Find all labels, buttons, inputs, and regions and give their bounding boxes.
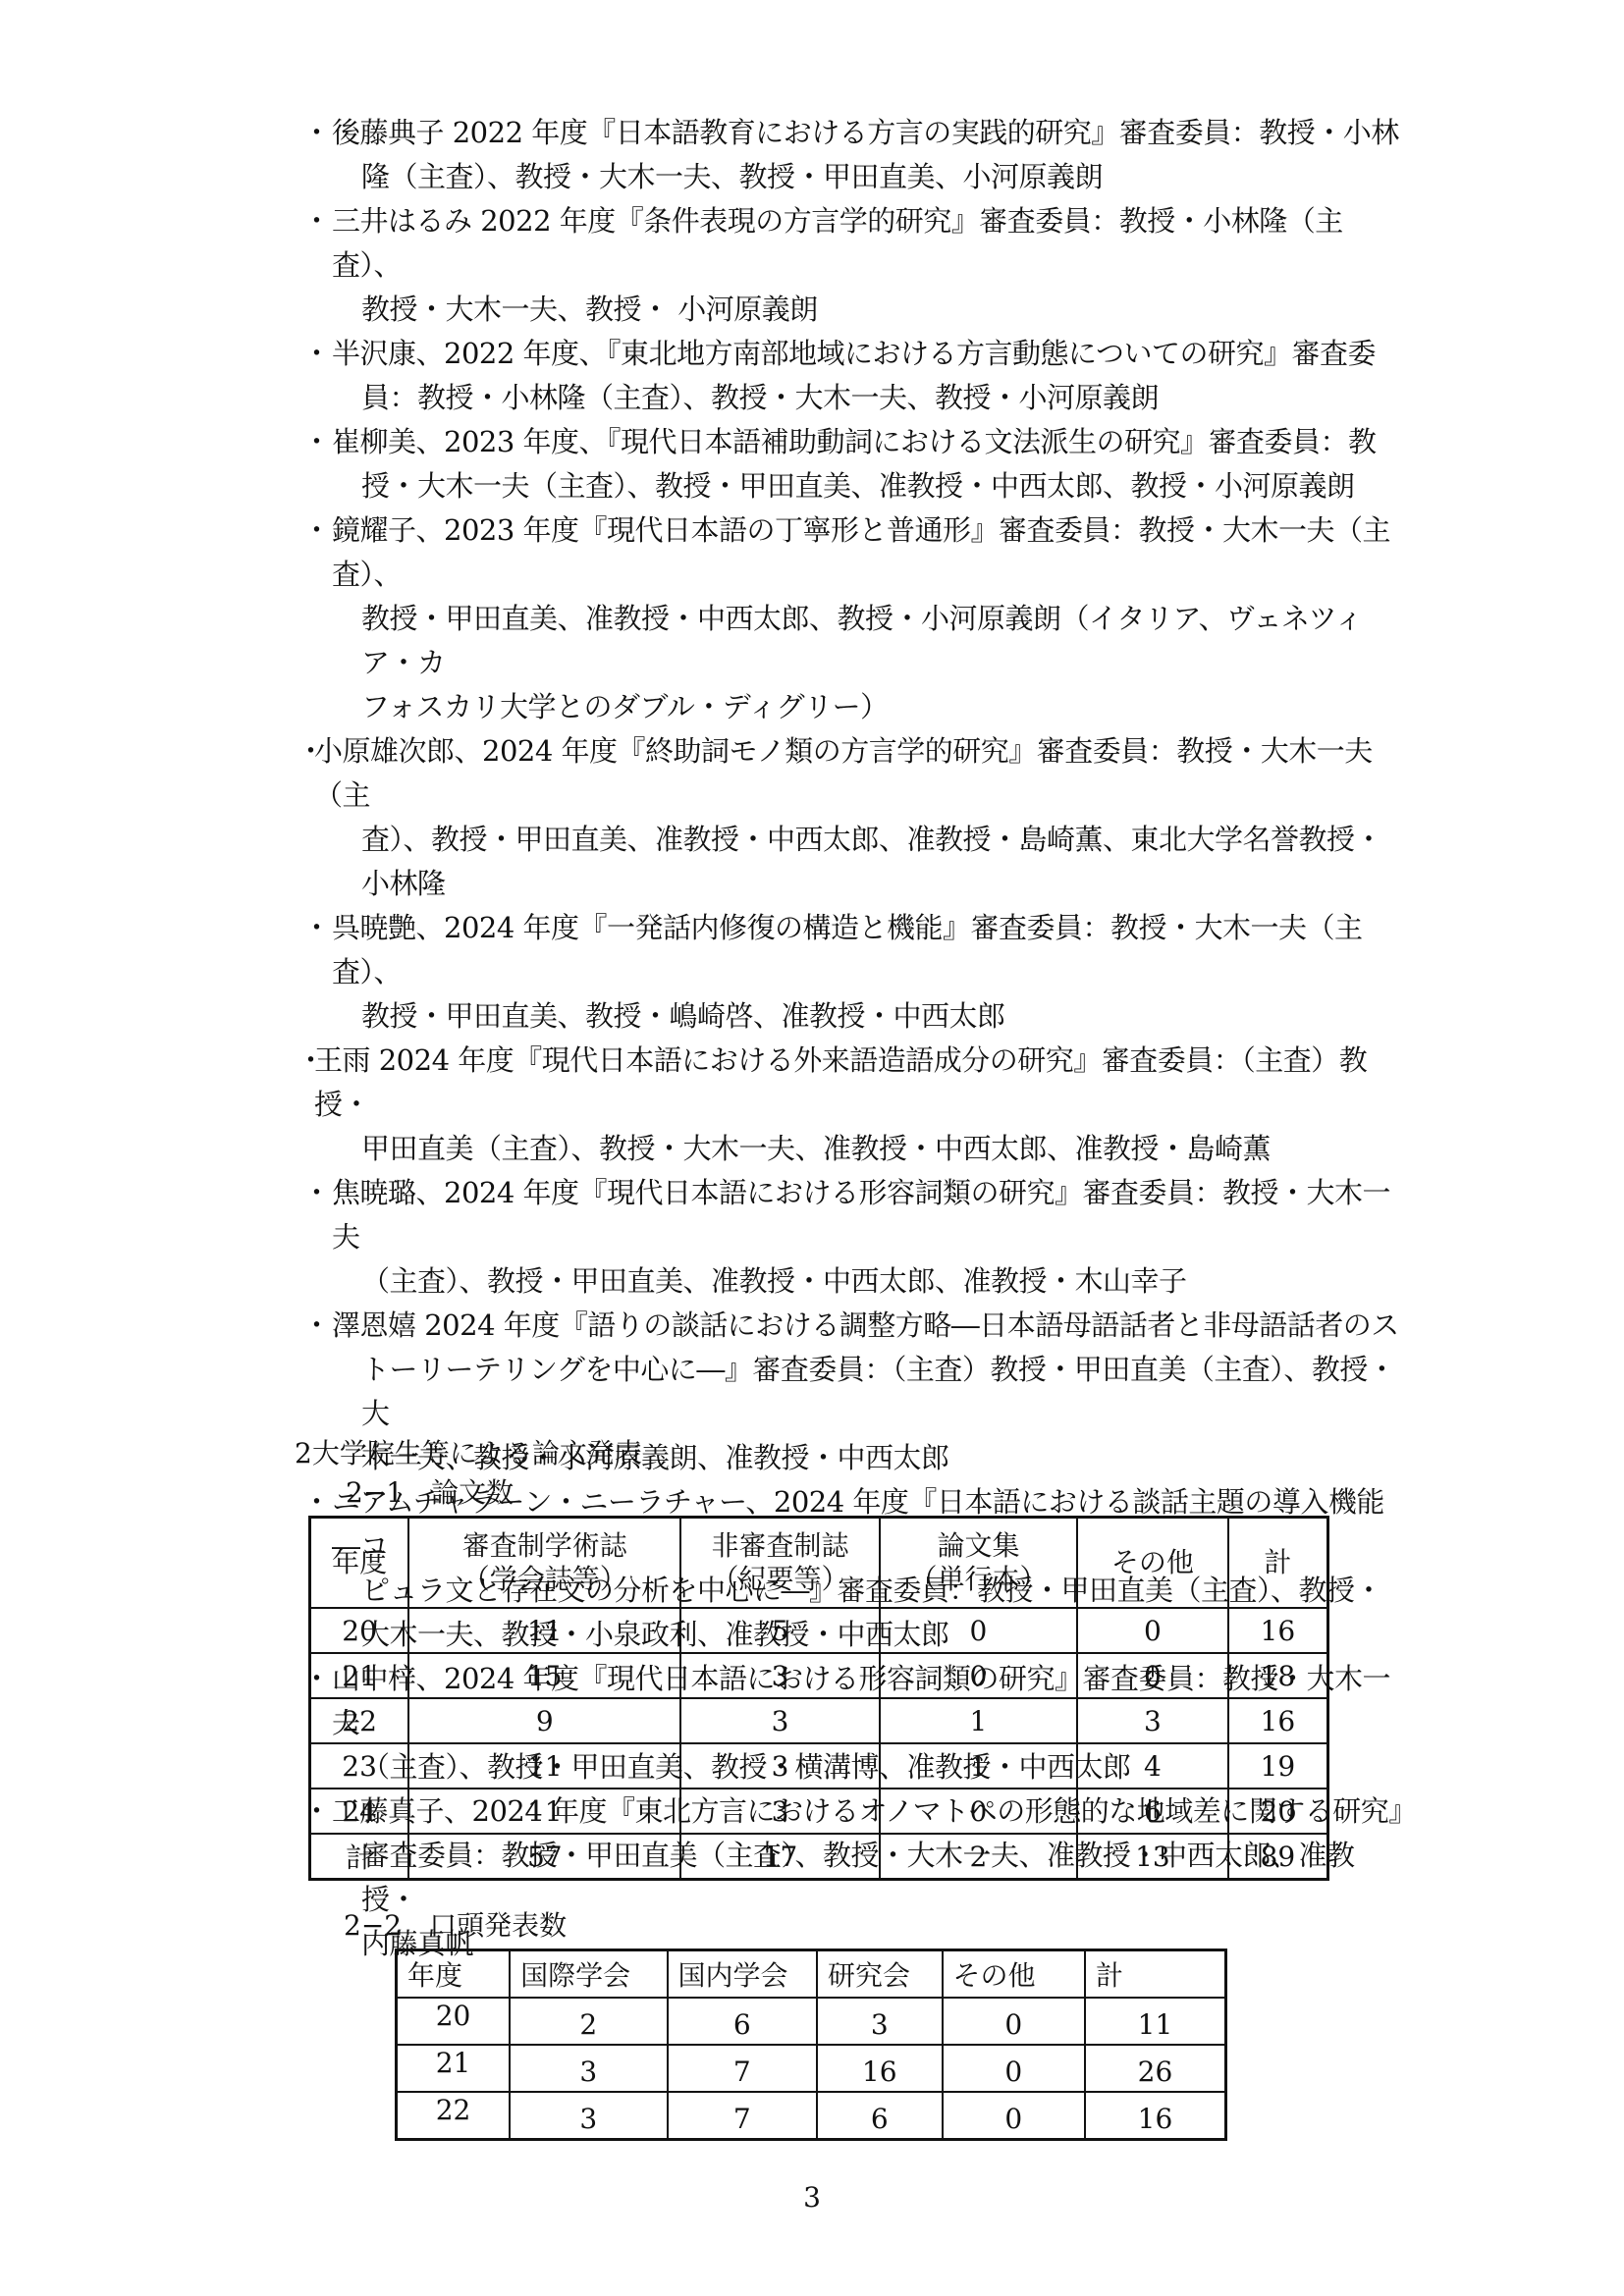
- table-header-row: 年度 国際学会 国内学会 研究会 その他 計: [397, 1950, 1226, 1999]
- value-cell: 1: [880, 1698, 1077, 1743]
- value-cell: 5: [680, 1608, 879, 1653]
- year-cell: 24: [310, 1789, 409, 1834]
- value-cell: 3: [1077, 1698, 1228, 1743]
- header-other: その他: [943, 1950, 1085, 1999]
- value-cell: 6: [668, 1998, 817, 2045]
- entry-text: 後藤典子 2022 年度『日本語教育における方言の実践的研究』審査委員：教授・小…: [332, 111, 1404, 155]
- table-row: 231131419: [310, 1743, 1328, 1789]
- bullet-icon: ・: [302, 420, 322, 464]
- entry-text: 焦暁璐、2024 年度『現代日本語における形容詞類の研究』審査委員：教授・大木一…: [332, 1171, 1404, 1259]
- entry-text-continuation: トーリーテリングを中心に―』審査委員：（主査）教授・甲田直美（主査）、教授・大: [361, 1348, 1404, 1436]
- year-cell: 22: [397, 2092, 511, 2140]
- entry-text: 三井はるみ 2022 年度『条件表現の方言学的研究』審査委員：教授・小林隆（主査…: [332, 199, 1404, 288]
- bullet-icon: ・: [302, 332, 322, 376]
- entry-text: 澤恩嬉 2024 年度『語りの談話における調整方略―日本語母語話者と非母語話者の…: [332, 1304, 1404, 1348]
- table-row: 201150016: [310, 1608, 1328, 1653]
- header-collections: 論文集（単行本）: [880, 1518, 1077, 1609]
- value-cell: 0: [943, 1998, 1085, 2045]
- value-cell: 3: [680, 1653, 879, 1698]
- value-cell: 57: [408, 1834, 680, 1880]
- table-row: 241130620: [310, 1789, 1328, 1834]
- value-cell: 1: [880, 1743, 1077, 1789]
- table-header-row: 年度 審査制学術誌（学会誌等） 非審査制誌（紀要等） 論文集（単行本） その他 …: [310, 1518, 1328, 1609]
- table-row: 22376016: [397, 2092, 1226, 2140]
- value-cell: 11: [1085, 1998, 1226, 2045]
- header-refereed-journals: 審査制学術誌（学会誌等）: [408, 1518, 680, 1609]
- entry-text: 崔柳美、2023 年度、『現代日本語補助動詞における文法派生の研究』審査委員：教: [332, 420, 1404, 464]
- entry-text: 半沢康、2022 年度、『東北地方南部地域における方言動態についての研究』審査委: [332, 332, 1404, 376]
- value-cell: 0: [943, 2045, 1085, 2092]
- value-cell: 16: [1228, 1608, 1328, 1653]
- value-cell: 11: [408, 1743, 680, 1789]
- header-total: 計: [1085, 1950, 1226, 1999]
- value-cell: 19: [1228, 1743, 1328, 1789]
- list-item: ・鏡耀子、2023 年度『現代日本語の丁寧形と普通形』審査委員：教授・大木一夫（…: [295, 508, 1404, 729]
- bullet-icon: ・: [302, 508, 322, 553]
- value-cell: 0: [880, 1653, 1077, 1698]
- list-item: ・半沢康、2022 年度、『東北地方南部地域における方言動態についての研究』審査…: [295, 332, 1404, 420]
- header-non-refereed: 非審査制誌（紀要等）: [680, 1518, 879, 1609]
- header-other: その他: [1077, 1518, 1228, 1609]
- header-domestic: 国内学会: [668, 1950, 817, 1999]
- value-cell: 11: [408, 1789, 680, 1834]
- bullet-icon: ・: [297, 1039, 316, 1083]
- header-year: 年度: [397, 1950, 511, 1999]
- value-cell: 18: [1228, 1653, 1328, 1698]
- value-cell: 3: [510, 2092, 667, 2140]
- value-cell: 7: [668, 2045, 817, 2092]
- value-cell: 0: [880, 1608, 1077, 1653]
- bullet-icon: ・: [302, 1304, 322, 1348]
- table-row: 211530018: [310, 1653, 1328, 1698]
- year-cell: 23: [310, 1743, 409, 1789]
- value-cell: 7: [668, 2092, 817, 2140]
- entry-text-continuation: 査）、教授・甲田直美、准教授・中西太郎、准教授・島崎薫、東北大学名誉教授・: [361, 818, 1404, 862]
- entry-text: 王雨 2024 年度『現代日本語における外来語造語成分の研究』審査委員：（主査）…: [314, 1039, 1404, 1127]
- header-total: 計: [1228, 1518, 1328, 1609]
- entry-text-continuation: 授・大木一夫（主査）、教授・甲田直美、准教授・中西太郎、教授・小河原義朗: [361, 464, 1404, 508]
- value-cell: 4: [1077, 1743, 1228, 1789]
- entry-text-continuation: 員：教授・小林隆（主査）、教授・大木一夫、教授・小河原義朗: [361, 376, 1404, 420]
- papers-count-table: 年度 審査制学術誌（学会誌等） 非審査制誌（紀要等） 論文集（単行本） その他 …: [308, 1516, 1329, 1881]
- entry-text-continuation: 教授・大木一夫、教授・ 小河原義朗: [361, 288, 1404, 332]
- value-cell: 89: [1228, 1834, 1328, 1880]
- document-page: ・後藤典子 2022 年度『日本語教育における方言の実践的研究』審査委員：教授・…: [0, 0, 1624, 2296]
- value-cell: 0: [943, 2092, 1085, 2140]
- year-cell: 22: [310, 1698, 409, 1743]
- table-row: 20263011: [397, 1998, 1226, 2045]
- year-cell: 20: [310, 1608, 409, 1653]
- entry-text-continuation: 教授・甲田直美、准教授・中西太郎、教授・小河原義朗（イタリア、ヴェネツィア・カ: [361, 597, 1404, 685]
- value-cell: 0: [1077, 1653, 1228, 1698]
- value-cell: 3: [510, 2045, 667, 2092]
- section-title: 2大学院生等による論文発表: [295, 1436, 642, 1471]
- value-cell: 16: [817, 2045, 943, 2092]
- table-row: 22931316: [310, 1698, 1328, 1743]
- bullet-icon: ・: [297, 729, 316, 774]
- value-cell: 2: [880, 1834, 1077, 1880]
- list-item: ・三井はるみ 2022 年度『条件表現の方言学的研究』審査委員：教授・小林隆（主…: [295, 199, 1404, 332]
- table-row: 213716026: [397, 2045, 1226, 2092]
- list-item: ・小原雄次郎、2024 年度『終助詞モノ類の方言学的研究』審査委員：教授・大木一…: [295, 729, 1404, 906]
- value-cell: 3: [680, 1743, 879, 1789]
- list-item: ・崔柳美、2023 年度、『現代日本語補助動詞における文法派生の研究』審査委員：…: [295, 420, 1404, 508]
- value-cell: 9: [408, 1698, 680, 1743]
- value-cell: 16: [1085, 2092, 1226, 2140]
- value-cell: 17: [680, 1834, 879, 1880]
- value-cell: 0: [880, 1789, 1077, 1834]
- header-international: 国際学会: [510, 1950, 667, 1999]
- page-number: 3: [0, 2181, 1624, 2214]
- value-cell: 6: [817, 2092, 943, 2140]
- entry-text-continuation: （主査）、教授・甲田直美、准教授・中西太郎、准教授・木山幸子: [361, 1259, 1404, 1304]
- list-item: ・王雨 2024 年度『現代日本語における外来語造語成分の研究』審査委員：（主査…: [295, 1039, 1404, 1171]
- value-cell: 11: [408, 1608, 680, 1653]
- year-cell: 20: [397, 1998, 511, 2045]
- value-cell: 3: [680, 1789, 879, 1834]
- bullet-icon: ・: [302, 111, 322, 155]
- value-cell: 20: [1228, 1789, 1328, 1834]
- entry-text-continuation: 小林隆: [361, 862, 1404, 906]
- value-cell: 2: [510, 1998, 667, 2045]
- header-study-group: 研究会: [817, 1950, 943, 1999]
- entry-text-continuation: フォスカリ大学とのダブル・ディグリー）: [361, 685, 1404, 729]
- bullet-icon: ・: [302, 1171, 322, 1215]
- value-cell: 26: [1085, 2045, 1226, 2092]
- entry-text: 呉暁艶、2024 年度『一発話内修復の構造と機能』審査委員：教授・大木一夫（主査…: [332, 906, 1404, 994]
- list-item: ・焦暁璐、2024 年度『現代日本語における形容詞類の研究』審査委員：教授・大木…: [295, 1171, 1404, 1304]
- value-cell: 3: [680, 1698, 879, 1743]
- entry-text: 小原雄次郎、2024 年度『終助詞モノ類の方言学的研究』審査委員：教授・大木一夫…: [314, 729, 1404, 818]
- value-cell: 0: [1077, 1608, 1228, 1653]
- entry-text-continuation: 隆（主査）、教授・大木一夫、教授・甲田直美、小河原義朗: [361, 155, 1404, 199]
- value-cell: 3: [817, 1998, 943, 2045]
- bullet-icon: ・: [302, 906, 322, 950]
- list-item: ・後藤典子 2022 年度『日本語教育における方言の実践的研究』審査委員：教授・…: [295, 111, 1404, 199]
- presentations-count-table: 年度 国際学会 国内学会 研究会 その他 計 20263011213716026…: [395, 1949, 1227, 2141]
- entry-text-continuation: 甲田直美（主査）、教授・大木一夫、准教授・中西太郎、准教授・島崎薫: [361, 1127, 1404, 1171]
- year-cell: 計: [310, 1834, 409, 1880]
- table-row: 計571721389: [310, 1834, 1328, 1880]
- value-cell: 13: [1077, 1834, 1228, 1880]
- papers-table-title: 2−1 論文数: [346, 1475, 514, 1511]
- entry-text: 鏡耀子、2023 年度『現代日本語の丁寧形と普通形』審査委員：教授・大木一夫（主…: [332, 508, 1404, 597]
- year-cell: 21: [397, 2045, 511, 2092]
- entry-text-continuation: 教授・甲田直美、教授・嶋崎啓、准教授・中西太郎: [361, 994, 1404, 1039]
- bullet-icon: ・: [302, 199, 322, 243]
- list-item: ・呉暁艶、2024 年度『一発話内修復の構造と機能』審査委員：教授・大木一夫（主…: [295, 906, 1404, 1039]
- header-year: 年度: [310, 1518, 409, 1609]
- value-cell: 6: [1077, 1789, 1228, 1834]
- presentations-table-title: 2−2 口頭発表数: [344, 1908, 567, 1944]
- year-cell: 21: [310, 1653, 409, 1698]
- value-cell: 16: [1228, 1698, 1328, 1743]
- value-cell: 15: [408, 1653, 680, 1698]
